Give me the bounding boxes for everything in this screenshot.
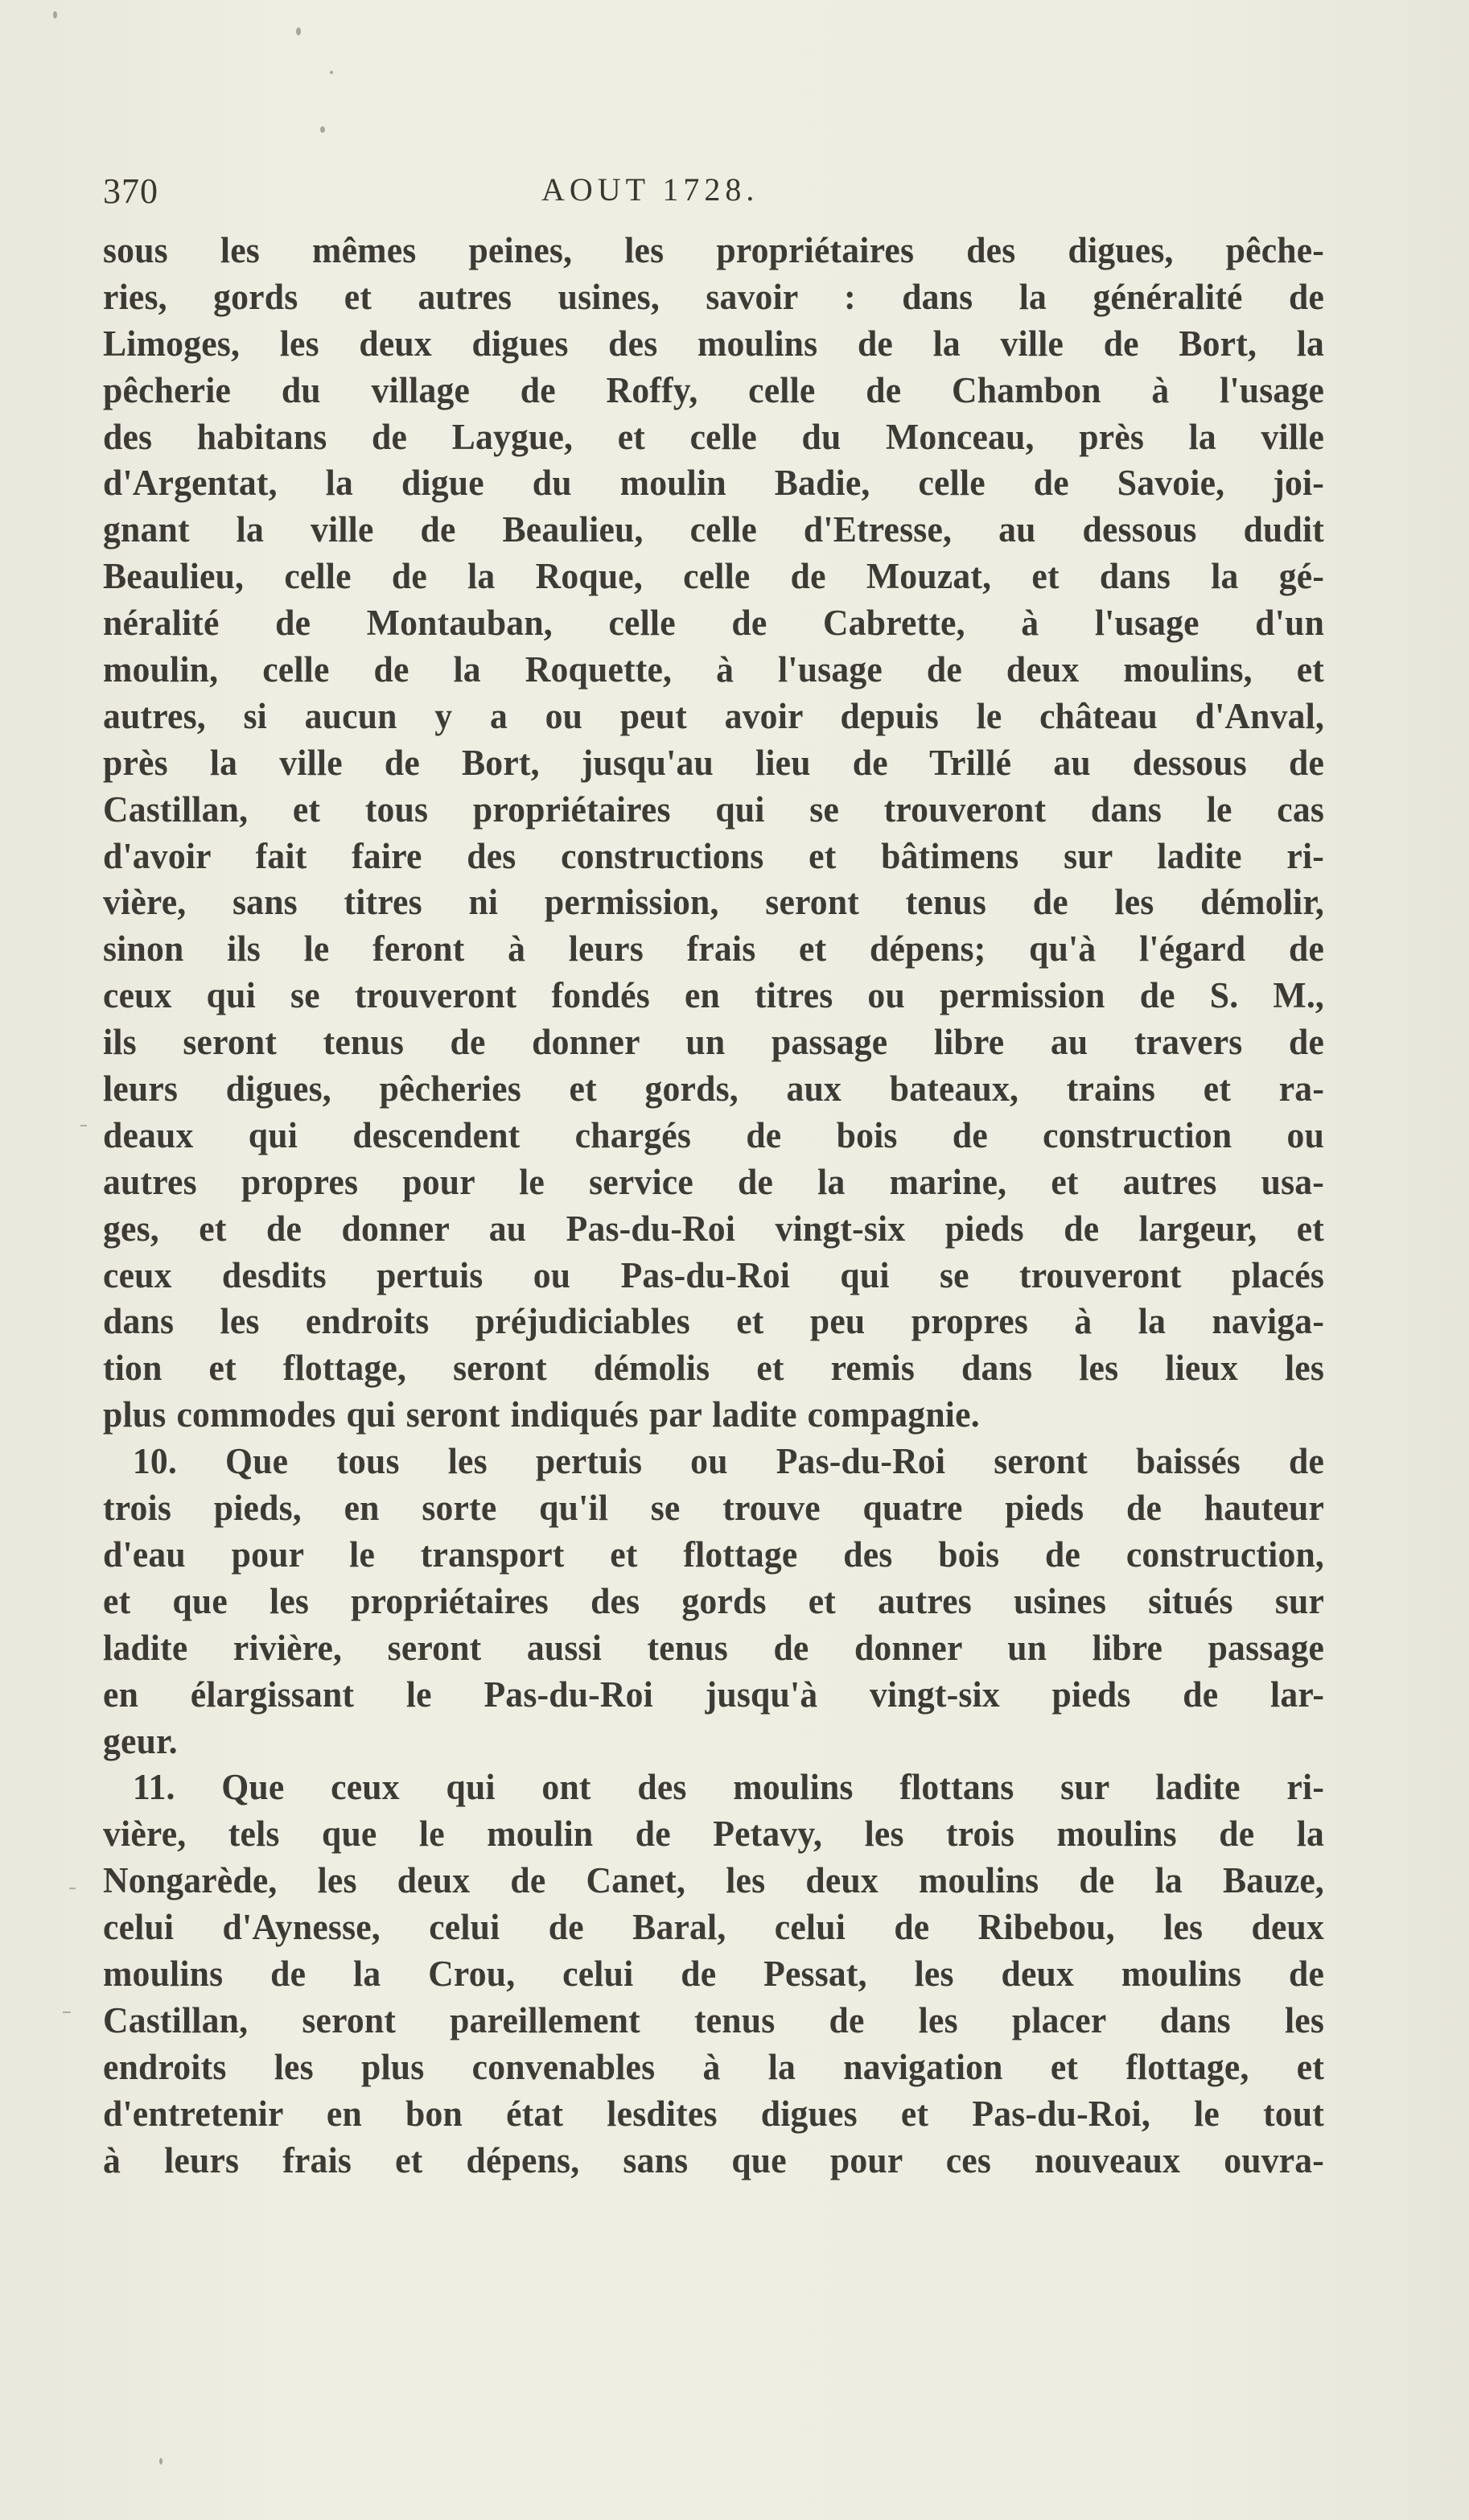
- text-line: Castillan, seront pareillement tenus de …: [103, 1998, 1324, 2044]
- body-text: sous les mêmes peines, les propriétaires…: [103, 228, 1362, 2184]
- text-line: ladite rivière, seront aussi tenus de do…: [103, 1625, 1324, 1672]
- text-line: près la ville de Bort, jusqu'au lieu de …: [103, 740, 1324, 787]
- text-line: à leurs frais et dépens, sans que pour c…: [103, 2138, 1324, 2184]
- article-11-start: 11. Que ceux qui ont des moulins flottan…: [103, 1764, 1324, 1811]
- running-head: AOUT 1728.: [541, 171, 759, 208]
- paper-speck: [296, 27, 301, 35]
- text-line: dans les endroits préjudiciables et peu …: [103, 1299, 1324, 1345]
- text-line: Limoges, les deux digues des moulins de …: [103, 321, 1324, 368]
- text-line: plus commodes qui seront indiqués par la…: [103, 1392, 1324, 1439]
- text-line: endroits les plus convenables à la navig…: [103, 2044, 1324, 2091]
- paper-speck: [320, 126, 325, 133]
- text-line: ges, et de donner au Pas-du-Roi vingt-si…: [103, 1206, 1324, 1253]
- text-line: geur.: [103, 1719, 1324, 1765]
- margin-mark: [63, 2011, 71, 2013]
- text-line: néralité de Montauban, celle de Cabrette…: [103, 600, 1324, 647]
- text-line: autres propres pour le service de la mar…: [103, 1159, 1324, 1206]
- text-line: deaux qui descendent chargés de bois de …: [103, 1113, 1324, 1159]
- text-line: en élargissant le Pas-du-Roi jusqu'à vin…: [103, 1672, 1324, 1719]
- text-line: autres, si aucun y a ou peut avoir depui…: [103, 694, 1324, 740]
- text-line: d'eau pour le transport et flottage des …: [103, 1532, 1324, 1579]
- text-line: sous les mêmes peines, les propriétaires…: [103, 228, 1324, 274]
- text-line: d'Argentat, la digue du moulin Badie, ce…: [103, 460, 1324, 507]
- text-line: celui d'Aynesse, celui de Baral, celui d…: [103, 1904, 1324, 1951]
- text-line: ceux qui se trouveront fondés en titres …: [103, 973, 1324, 1019]
- scanned-page: 370 AOUT 1728. sous les mêmes peines, le…: [0, 0, 1469, 2520]
- text-line: d'entretenir en bon état lesdites digues…: [103, 2091, 1324, 2138]
- page-number: 370: [103, 171, 158, 212]
- text-line: trois pieds, en sorte qu'il se trouve qu…: [103, 1485, 1324, 1532]
- text-line: ceux desdits pertuis ou Pas-du-Roi qui s…: [103, 1253, 1324, 1299]
- paper-speck: [53, 11, 57, 19]
- paper-speck: [330, 71, 333, 74]
- text-line: Castillan, et tous propriétaires qui se …: [103, 787, 1324, 834]
- text-line: leurs digues, pêcheries et gords, aux ba…: [103, 1066, 1324, 1113]
- text-line: des habitans de Laygue, et celle du Monc…: [103, 414, 1324, 461]
- page-header: 370 AOUT 1728.: [103, 171, 1360, 216]
- margin-mark: [69, 1888, 76, 1889]
- text-line: Beaulieu, celle de la Roque, celle de Mo…: [103, 554, 1324, 600]
- text-line: d'avoir fait faire des constructions et …: [103, 834, 1324, 880]
- article-10-start: 10. Que tous les pertuis ou Pas-du-Roi s…: [103, 1439, 1324, 1485]
- text-line: gnant la ville de Beaulieu, celle d'Etre…: [103, 507, 1324, 554]
- text-line: pêcherie du village de Roffy, celle de C…: [103, 368, 1324, 414]
- text-line: moulins de la Crou, celui de Pessat, les…: [103, 1951, 1324, 1998]
- text-line: moulin, celle de la Roquette, à l'usage …: [103, 647, 1324, 694]
- text-line: et que les propriétaires des gords et au…: [103, 1579, 1324, 1625]
- paper-speck: [159, 2458, 163, 2464]
- text-line: sinon ils le feront à leurs frais et dép…: [103, 926, 1324, 973]
- text-line: ils seront tenus de donner un passage li…: [103, 1019, 1324, 1066]
- text-line: tion et flottage, seront démolis et remi…: [103, 1345, 1324, 1392]
- text-line: vière, tels que le moulin de Petavy, les…: [103, 1811, 1324, 1858]
- text-line: Nongarède, les deux de Canet, les deux m…: [103, 1858, 1324, 1904]
- text-line: vière, sans titres ni permission, seront…: [103, 879, 1324, 926]
- text-line: ries, gords et autres usines, savoir : d…: [103, 274, 1324, 321]
- margin-mark: [80, 1125, 87, 1126]
